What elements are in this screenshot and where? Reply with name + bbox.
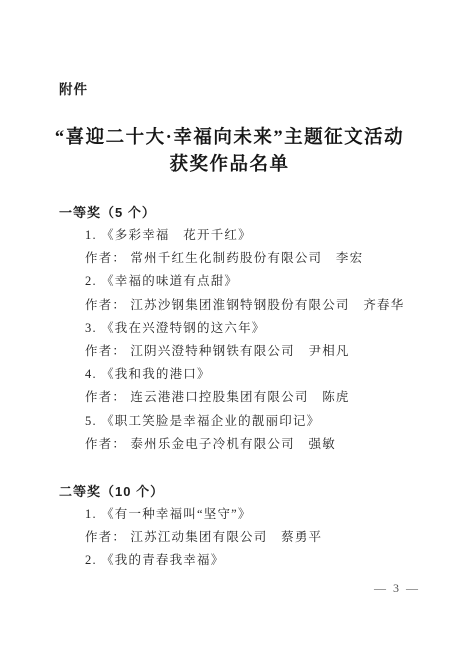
author-line: 作者： 江苏江动集团有限公司 蔡勇平 [85,526,459,549]
author-line: 作者： 连云港港口控股集团有限公司 陈虎 [85,386,459,409]
second-prize-heading: 二等奖（10 个） [59,484,459,500]
author-line: 作者： 常州千红生化制药股份有限公司 李宏 [85,247,459,270]
author-line: 作者： 江阴兴澄特种钢铁有限公司 尹相凡 [85,340,459,363]
page-number: — 3 — [374,581,420,596]
second-prize-entries: 1. 《有一种幸福叫“坚守”》 作者： 江苏江动集团有限公司 蔡勇平 2. 《我… [85,503,459,573]
title-line-2: 获奖作品名单 [0,152,459,179]
document-title: “喜迎二十大·幸福向未来”主题征文活动 获奖作品名单 [0,125,459,179]
work-title: 2. 《幸福的味道有点甜》 [85,270,459,293]
title-line-1: “喜迎二十大·幸福向未来”主题征文活动 [0,125,459,152]
first-prize-heading: 一等奖（5 个） [59,205,459,221]
work-title: 1. 《多彩幸福 花开千红》 [85,224,459,247]
work-title: 5. 《职工笑脸是幸福企业的靓丽印记》 [85,410,459,433]
author-line: 作者： 泰州乐金电子冷机有限公司 强敏 [85,433,459,456]
first-prize-entries: 1. 《多彩幸福 花开千红》 作者： 常州千红生化制药股份有限公司 李宏 2. … [85,224,459,456]
work-title: 3. 《我在兴澄特钢的这六年》 [85,317,459,340]
work-title: 1. 《有一种幸福叫“坚守”》 [85,503,459,526]
work-title: 2. 《我的青春我幸福》 [85,549,459,572]
work-title: 4. 《我和我的港口》 [85,363,459,386]
attachment-label: 附件 [59,83,459,97]
author-line: 作者： 江苏沙钢集团淮钢特钢股份有限公司 齐春华 [85,294,459,317]
document-page: 附件 “喜迎二十大·幸福向未来”主题征文活动 获奖作品名单 一等奖（5 个） 1… [0,0,459,649]
first-prize-section: 一等奖（5 个） 1. 《多彩幸福 花开千红》 作者： 常州千红生化制药股份有限… [0,205,459,456]
second-prize-section: 二等奖（10 个） 1. 《有一种幸福叫“坚守”》 作者： 江苏江动集团有限公司… [0,484,459,573]
